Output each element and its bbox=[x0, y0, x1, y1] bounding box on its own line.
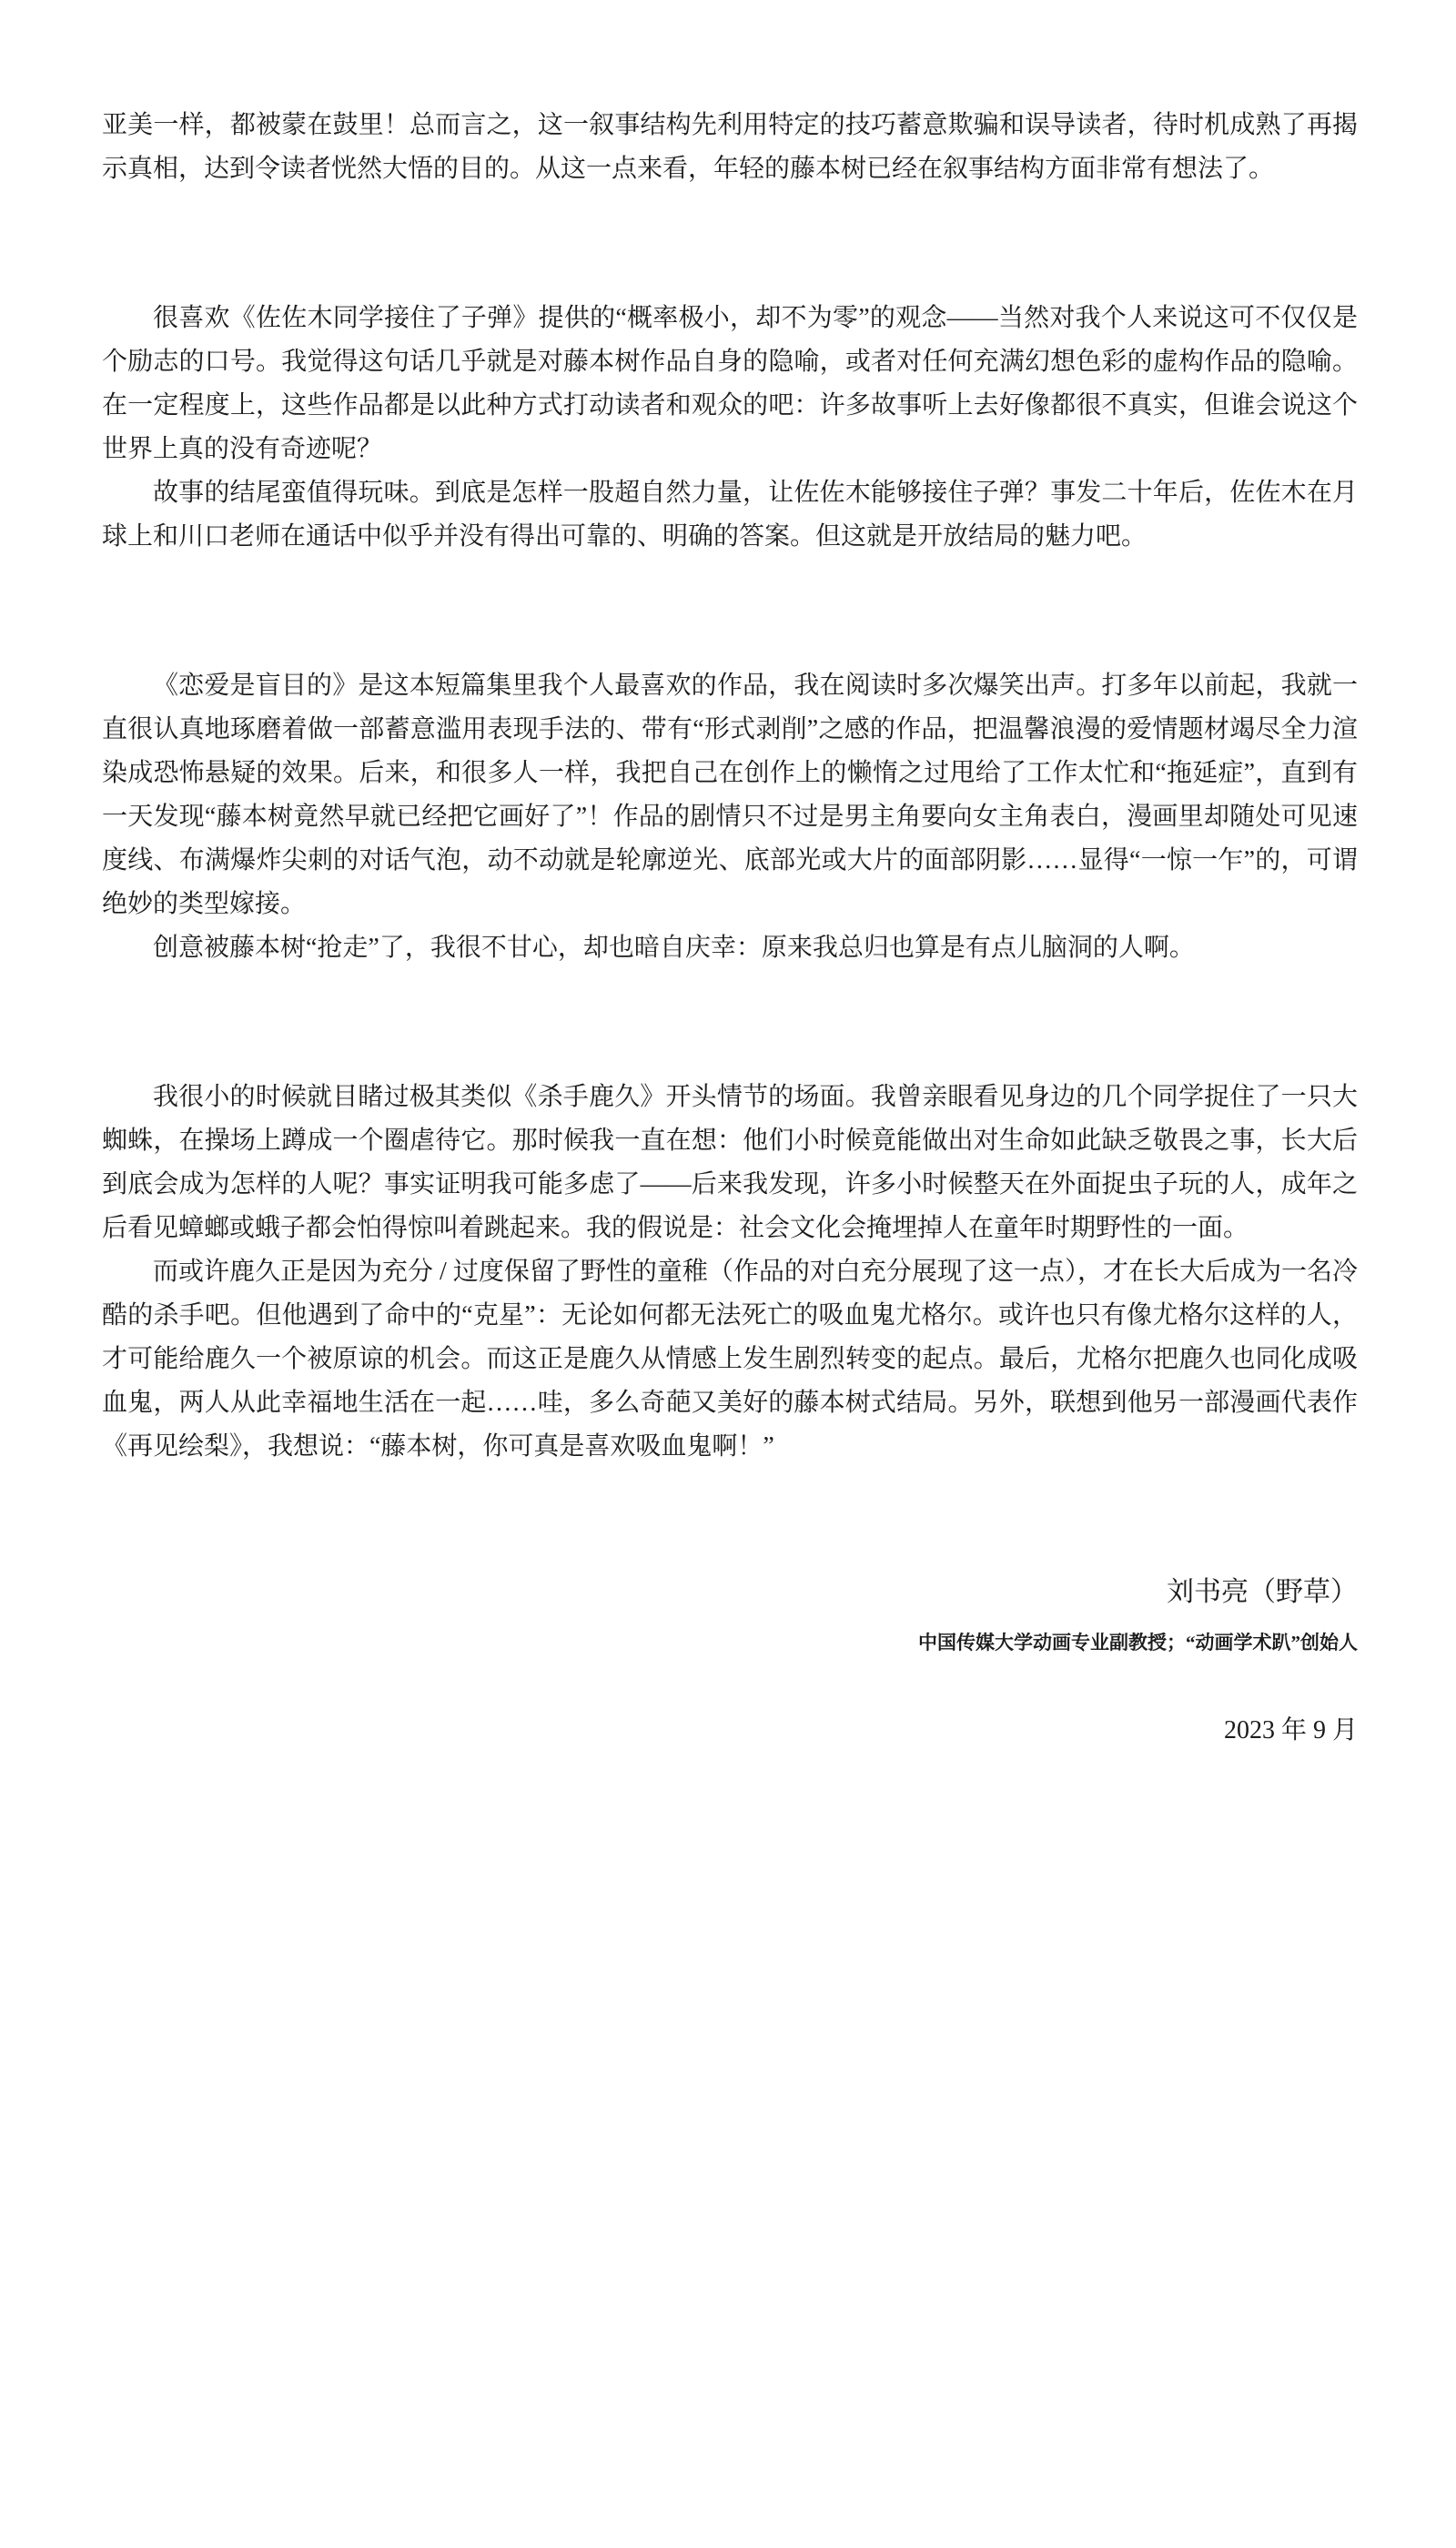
essay-content: 亚美一样，都被蒙在鼓里！总而言之，这一叙事结构先利用特定的技巧蓄意欺骗和误导读者… bbox=[102, 104, 1358, 1751]
essay-body: 亚美一样，都被蒙在鼓里！总而言之，这一叙事结构先利用特定的技巧蓄意欺骗和误导读者… bbox=[102, 104, 1358, 1469]
paragraph: 亚美一样，都被蒙在鼓里！总而言之，这一叙事结构先利用特定的技巧蓄意欺骗和误导读者… bbox=[102, 104, 1358, 191]
paragraph: 创意被藤本树“抢走”了，我很不甘心，却也暗自庆幸：原来我总归也算是有点儿脑洞的人… bbox=[102, 926, 1358, 970]
author-affiliation: 中国传媒大学动画专业副教授；“动画学术趴”创始人 bbox=[102, 1627, 1358, 1658]
document-page: 亚美一样，都被蒙在鼓里！总而言之，这一叙事结构先利用特定的技巧蓄意欺骗和误导读者… bbox=[0, 0, 1456, 2548]
paragraph: 我很小的时候就目睹过极其类似《杀手鹿久》开头情节的场面。我曾亲眼看见身边的几个同… bbox=[102, 1076, 1358, 1250]
paragraph: 故事的结尾蛮值得玩味。到底是怎样一股超自然力量，让佐佐木能够接住子弹？事发二十年… bbox=[102, 471, 1358, 559]
signature-block: 刘书亮（野草） 中国传媒大学动画专业副教授；“动画学术趴”创始人 2023 年 … bbox=[102, 1571, 1358, 1751]
paragraph: 而或许鹿久正是因为充分 / 过度保留了野性的童稚（作品的对白充分展现了这一点），… bbox=[102, 1250, 1358, 1469]
paragraph: 《恋爱是盲目的》是这本短篇集里我个人最喜欢的作品，我在阅读时多次爆笑出声。打多年… bbox=[102, 664, 1358, 926]
paragraph: 很喜欢《佐佐木同学接住了子弹》提供的“概率极小，却不为零”的观念——当然对我个人… bbox=[102, 297, 1358, 471]
signature-date: 2023 年 9 月 bbox=[102, 1711, 1358, 1751]
author-name: 刘书亮（野草） bbox=[102, 1571, 1358, 1614]
